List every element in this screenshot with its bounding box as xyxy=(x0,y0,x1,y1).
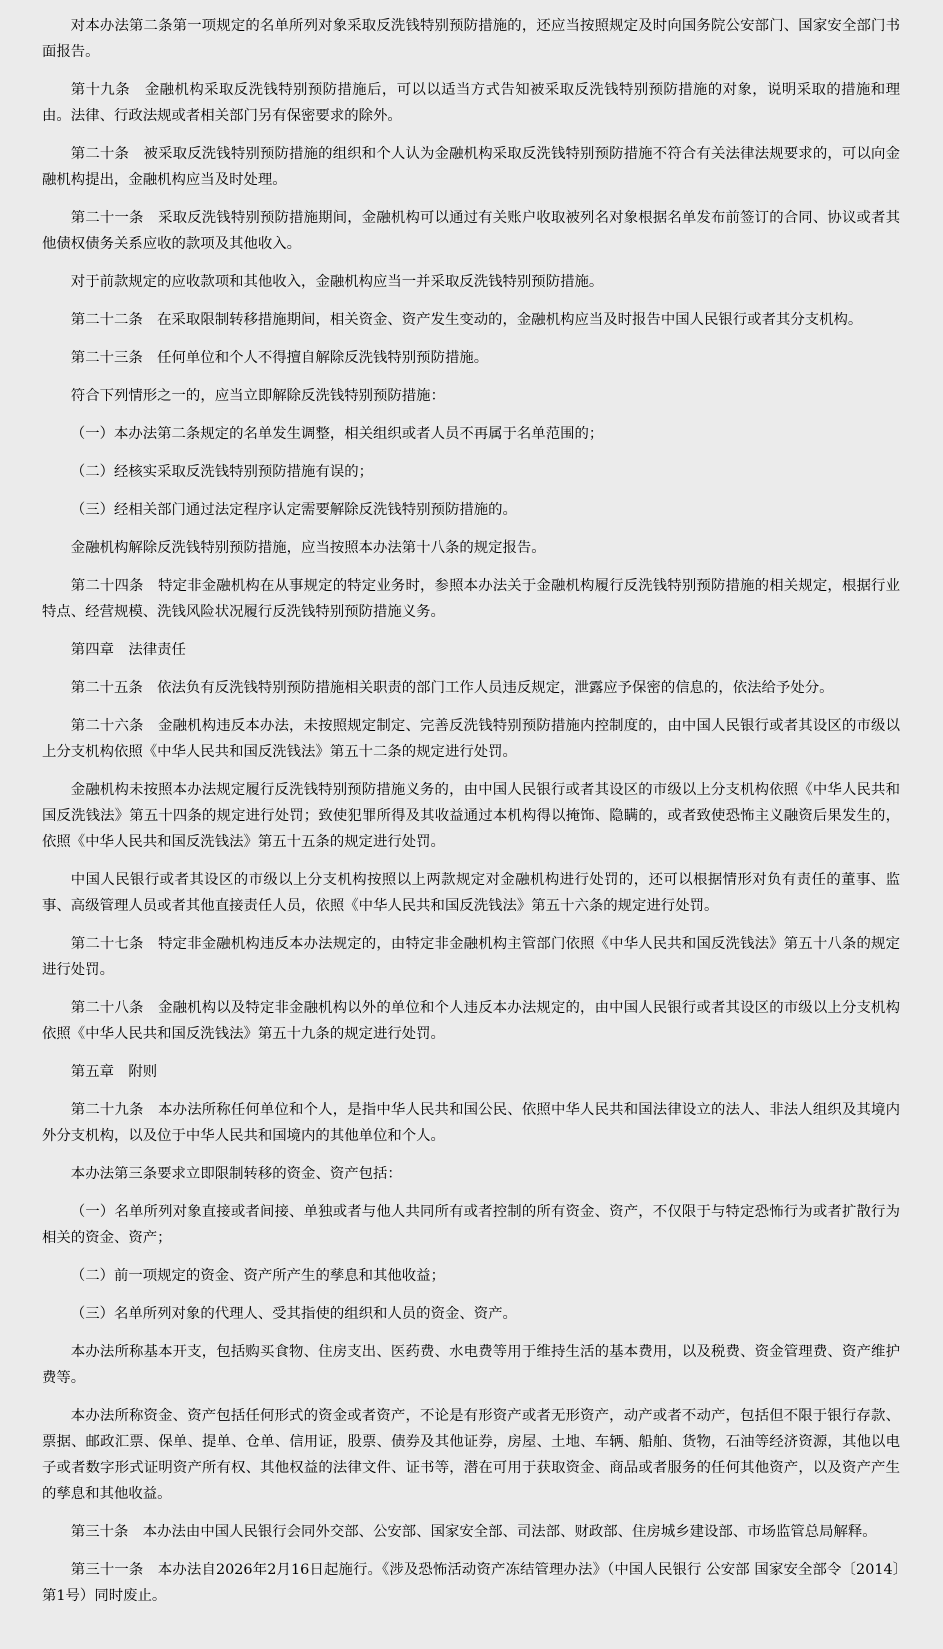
article-paragraph: 第二十二条 在采取限制转移措施期间，相关资金、资产发生变动的，金融机构应当及时报… xyxy=(42,307,900,333)
body-paragraph: 金融机构未按照本办法规定履行反洗钱特别预防措施义务的，由中国人民银行或者其设区的… xyxy=(42,777,900,855)
article-paragraph: 第二十六条 金融机构违反本办法，未按照规定制定、完善反洗钱特别预防措施内控制度的… xyxy=(42,713,900,765)
article-paragraph: 第十九条 金融机构采取反洗钱特别预防措施后，可以以适当方式告知被采取反洗钱特别预… xyxy=(42,77,900,129)
body-paragraph: 本办法第三条要求立即限制转移的资金、资产包括： xyxy=(42,1161,900,1187)
body-paragraph: 本办法所称资金、资产包括任何形式的资金或者资产，不论是有形资产或者无形资产，动产… xyxy=(42,1403,900,1507)
body-paragraph: 中国人民银行或者其设区的市级以上分支机构按照以上两款规定对金融机构进行处罚的，还… xyxy=(42,867,900,919)
body-paragraph: 本办法所称基本开支，包括购买食物、住房支出、医药费、水电费等用于维持生活的基本费… xyxy=(42,1339,900,1391)
body-paragraph: 对于前款规定的应收款项和其他收入，金融机构应当一并采取反洗钱特别预防措施。 xyxy=(42,269,900,295)
body-paragraph: 对本办法第二条第一项规定的名单所列对象采取反洗钱特别预防措施的，还应当按照规定及… xyxy=(42,13,900,65)
body-paragraph: 金融机构解除反洗钱特别预防措施，应当按照本办法第十八条的规定报告。 xyxy=(42,535,900,561)
list-item-paragraph: （一）本办法第二条规定的名单发生调整，相关组织或者人员不再属于名单范围的； xyxy=(42,421,900,447)
article-paragraph: 第二十八条 金融机构以及特定非金融机构以外的单位和个人违反本办法规定的，由中国人… xyxy=(42,995,900,1047)
article-paragraph: 第三十一条 本办法自2026年2月16日起施行。《涉及恐怖活动资产冻结管理办法》… xyxy=(42,1557,900,1609)
list-item-paragraph: （三）经相关部门通过法定程序认定需要解除反洗钱特别预防措施的。 xyxy=(42,497,900,523)
article-paragraph: 第二十一条 采取反洗钱特别预防措施期间，金融机构可以通过有关账户收取被列名对象根… xyxy=(42,205,900,257)
article-paragraph: 第二十三条 任何单位和个人不得擅自解除反洗钱特别预防措施。 xyxy=(42,345,900,371)
list-item-paragraph: （二）前一项规定的资金、资产所产生的孳息和其他收益； xyxy=(42,1263,900,1289)
list-item-paragraph: （二）经核实采取反洗钱特别预防措施有误的； xyxy=(42,459,900,485)
article-paragraph: 第二十四条 特定非金融机构在从事规定的特定业务时，参照本办法关于金融机构履行反洗… xyxy=(42,573,900,625)
article-paragraph: 第二十五条 依法负有反洗钱特别预防措施相关职责的部门工作人员违反规定，泄露应予保… xyxy=(42,675,900,701)
article-paragraph: 第二十条 被采取反洗钱特别预防措施的组织和个人认为金融机构采取反洗钱特别预防措施… xyxy=(42,141,900,193)
list-item-paragraph: （一）名单所列对象直接或者间接、单独或者与他人共同所有或者控制的所有资金、资产，… xyxy=(42,1199,900,1251)
article-paragraph: 第二十七条 特定非金融机构违反本办法规定的，由特定非金融机构主管部门依照《中华人… xyxy=(42,931,900,983)
chapter-heading: 第四章 法律责任 xyxy=(42,637,900,663)
document-body: 对本办法第二条第一项规定的名单所列对象采取反洗钱特别预防措施的，还应当按照规定及… xyxy=(0,0,900,1609)
list-item-paragraph: （三）名单所列对象的代理人、受其指使的组织和人员的资金、资产。 xyxy=(42,1301,900,1327)
body-paragraph: 符合下列情形之一的，应当立即解除反洗钱特别预防措施： xyxy=(42,383,900,409)
article-paragraph: 第三十条 本办法由中国人民银行会同外交部、公安部、国家安全部、司法部、财政部、住… xyxy=(42,1519,900,1545)
article-paragraph: 第二十九条 本办法所称任何单位和个人，是指中华人民共和国公民、依照中华人民共和国… xyxy=(42,1097,900,1149)
chapter-heading: 第五章 附则 xyxy=(42,1059,900,1085)
